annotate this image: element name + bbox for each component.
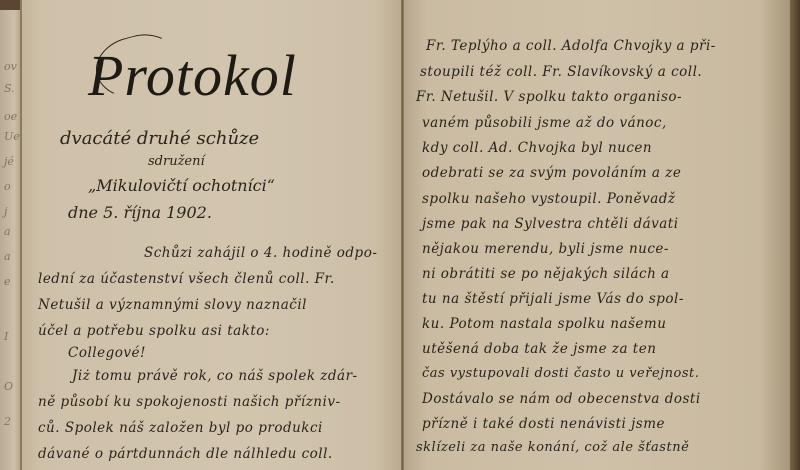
text-line: jsme pak na Sylvestra chtěli dávati [422, 216, 679, 232]
text-line: Fr. Netušil. V spolku takto organiso- [416, 89, 682, 105]
subtitle-line: sdružení [148, 154, 205, 169]
page-title: Protokol [88, 42, 297, 109]
text-line: odebrati se za svým povoláním a ze [422, 165, 681, 181]
subtitle-line: „Mikulovičtí ochotníci“ [88, 176, 275, 195]
fragment-text: jé [4, 155, 14, 168]
text-line: dávané o pártdunnách dle nálhledu coll. [38, 446, 333, 462]
fragment-text: e [4, 275, 11, 288]
fragment-text: oe [4, 110, 17, 123]
fragment-text: a [4, 250, 11, 263]
subtitle-line: dvacáté druhé schůze [60, 128, 259, 149]
book-cover-edge [790, 0, 800, 470]
text-line: Collegové! [68, 345, 146, 361]
text-line: účel a potřebu spolku asi takto: [38, 323, 270, 339]
fragment-text: o [4, 180, 11, 193]
date-line: dne 5. října 1902. [68, 203, 212, 222]
text-line: stoupili též coll. Fr. Slavíkovský a col… [420, 64, 702, 80]
fragment-text: j [4, 205, 7, 218]
text-line: kdy coll. Ad. Chvojka byl nucen [422, 140, 652, 156]
fragment-text: O [4, 380, 13, 393]
text-line: Jiż tomu právě rok, co náš spolek zdár- [72, 368, 358, 384]
fragment-text: I [4, 330, 8, 343]
fragment-text: 2 [4, 415, 11, 428]
text-line: Dostávalo se nám od obecenstva dosti [422, 391, 701, 407]
text-line: sklízeli za naše konání, což ale šťastně [416, 440, 689, 455]
text-line: Schůzi zahájil o 4. hodině odpo- [144, 245, 377, 261]
fragment-text: S. [4, 82, 15, 95]
text-line: přízně i také dosti nenávisti jsme [422, 416, 665, 432]
text-line: vaném působili jsme až do vánoc, [422, 115, 667, 131]
text-line: nějakou merendu, byli jsme nuce- [422, 241, 669, 257]
text-line: Fr. Teplýho a coll. Adolfa Chvojky a při… [426, 38, 716, 54]
text-line: tu na štěstí přijali jsme Vás do spol- [422, 291, 684, 307]
fragment-text: a [4, 225, 11, 238]
text-line: ku. Potom nastala spolku našemu [422, 316, 666, 332]
fragment-text: Ue [4, 130, 20, 143]
text-line: ni obrátiti se po nějakých silách a [422, 266, 670, 282]
text-line: čas vystupovali dosti často u veřejnost. [422, 366, 699, 381]
text-line: ců. Spolek náš založen byl po produkci [38, 420, 323, 436]
text-line: utěšená doba tak že jsme za ten [422, 341, 656, 357]
text-line: spolku našeho vystoupil. Poněvadž [422, 191, 676, 207]
text-line: Netušil a významnými slovy naznačil [38, 297, 307, 313]
fragment-text: ov [4, 60, 17, 73]
text-line: lední za účastenství všech členů coll. F… [38, 271, 335, 287]
open-ledger-book: ov S. oe Ue jé o j a a e I O 2 Protokol … [0, 0, 800, 470]
text-line: ně působí ku spokojenosti našich přízniv… [38, 394, 341, 410]
